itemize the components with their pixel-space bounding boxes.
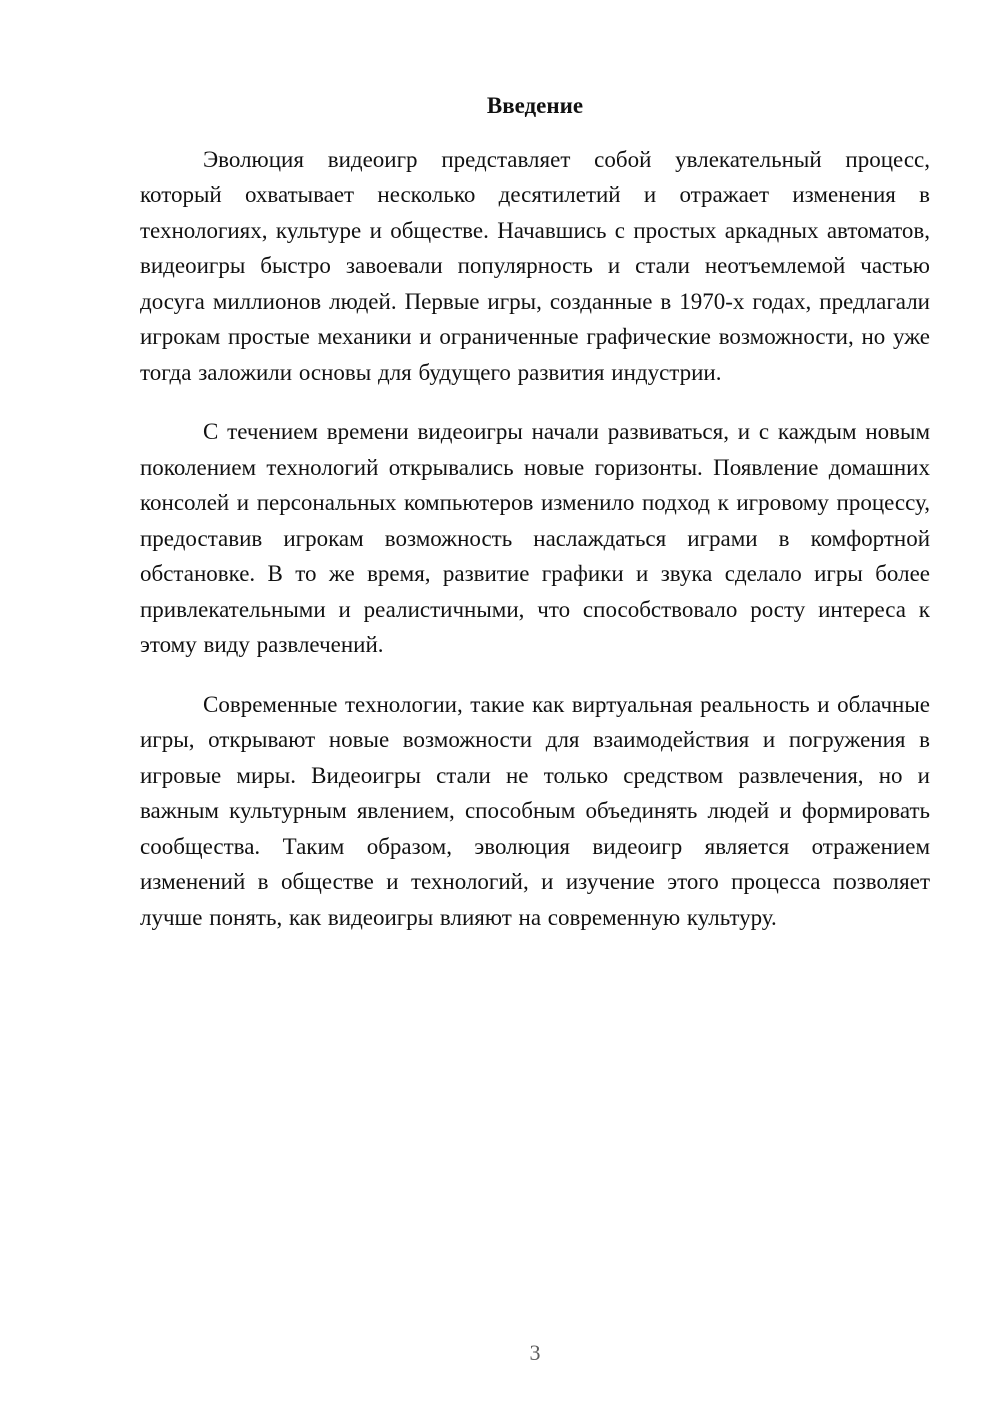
page-number: 3	[530, 1340, 541, 1365]
paragraph-intro-3: Современные технологии, такие как виртуа…	[140, 687, 930, 936]
paragraph-intro-2: С течением времени видеоигры начали разв…	[140, 414, 930, 663]
page-footer: 3	[140, 1340, 930, 1366]
page-title: Введение	[140, 88, 930, 124]
paragraph-intro-1: Эволюция видеоигр представляет собой увл…	[140, 142, 930, 391]
document-page: Введение Эволюция видеоигр представляет …	[0, 0, 1000, 1414]
